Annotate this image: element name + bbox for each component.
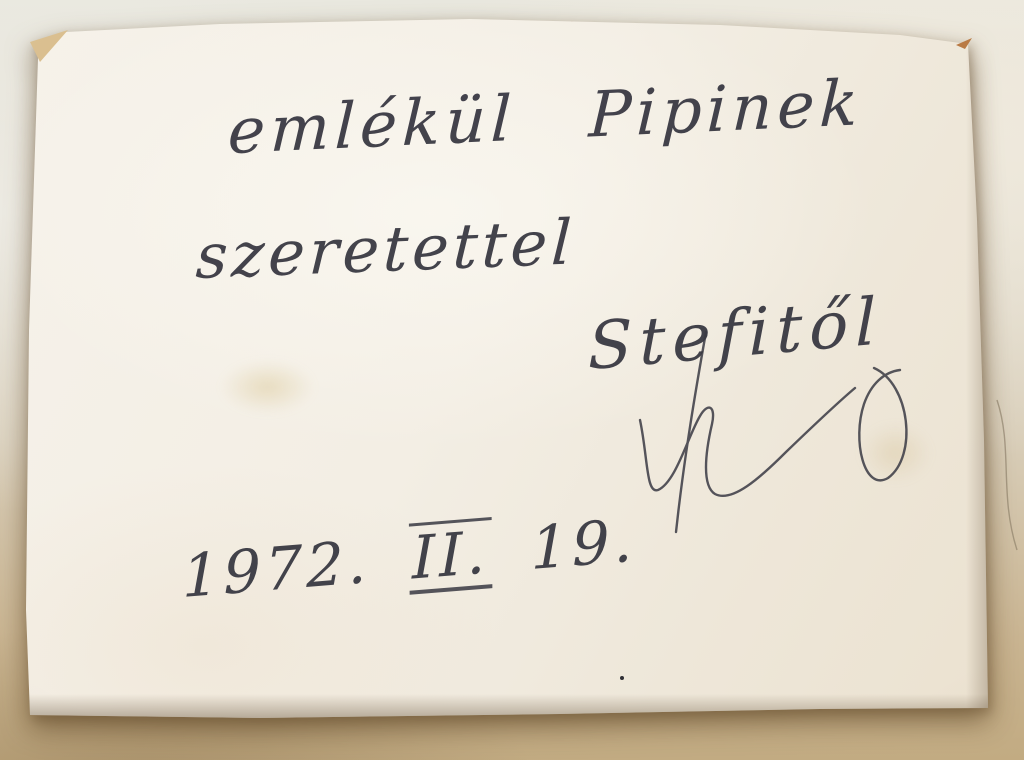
date-year: 1972. <box>182 527 371 611</box>
photo-bottom-edge-shading <box>0 694 1024 720</box>
date-day: 19. <box>530 505 636 583</box>
photo-right-edge-shading <box>966 40 990 712</box>
photo-back: emlékül Pipinek szeretettel Stefitől 197… <box>0 0 1024 760</box>
inscription-line-greeting: szeretettel <box>194 205 577 293</box>
date-month-roman: II. <box>409 517 493 595</box>
rust-speck <box>570 16 585 21</box>
photo-scene: emlékül Pipinek szeretettel Stefitől 197… <box>0 0 1024 760</box>
stain-mark <box>205 352 330 422</box>
photo-shadow-wrap: emlékül Pipinek szeretettel Stefitől 197… <box>0 0 1024 760</box>
ink-speck <box>620 676 624 680</box>
